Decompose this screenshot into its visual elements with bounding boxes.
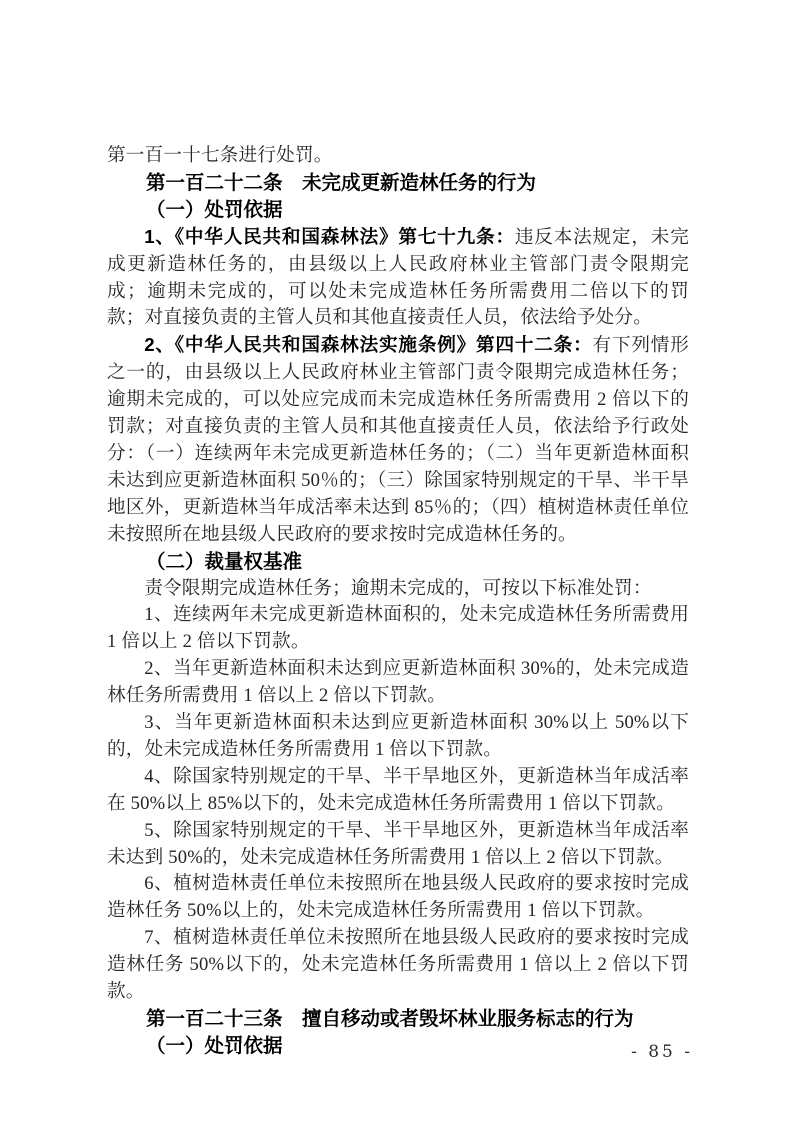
law-basis-2-citation: 2、《中华人民共和国森林法实施条例》第四十二条： (144, 334, 592, 355)
article-123-penalty-basis-heading: （一）处罚依据 (107, 1033, 689, 1060)
law-basis-2-text: 有下列情形之一的，由县级以上人民政府林业主管部门责令限期完成造林任务；逾期未完成… (107, 335, 689, 544)
article-122-law-basis-2: 2、《中华人民共和国森林法实施条例》第四十二条：有下列情形之一的，由县级以上人民… (107, 332, 689, 548)
discretion-item-5: 5、除国家特别规定的干旱、半干旱地区外，更新造林当年成活率未达到 50%的，处未… (107, 818, 689, 872)
page-number: - 85 - (631, 1042, 693, 1062)
discretion-item-4: 4、除国家特别规定的干旱、半干旱地区外，更新造林当年成活率在 50%以上 85%… (107, 764, 689, 818)
discretion-item-1: 1、连续两年未完成更新造林面积的，处未完成造林任务所需费用 1 倍以上 2 倍以… (107, 602, 689, 656)
article-122-penalty-basis-heading: （一）处罚依据 (107, 197, 689, 224)
discretion-item-3: 3、当年更新造林面积未达到应更新造林面积 30%以上 50%以下的，处未完成造林… (107, 710, 689, 764)
article-123-heading: 第一百二十三条 擅自移动或者毁坏林业服务标志的行为 (107, 1006, 689, 1033)
document-content: 第一百一十七条进行处罚。 第一百二十二条 未完成更新造林任务的行为 （一）处罚依… (107, 143, 689, 1060)
article-122-discretion-intro: 责令限期完成造林任务；逾期未完成的，可按以下标准处罚： (107, 576, 689, 603)
intro-continuation-paragraph: 第一百一十七条进行处罚。 (107, 143, 689, 170)
discretion-item-6: 6、植树造林责任单位未按照所在地县级人民政府的要求按时完成造林任务 50%以上的… (107, 871, 689, 925)
article-122-discretion-heading: （二）裁量权基准 (107, 549, 689, 576)
article-122-law-basis-1: 1、《中华人民共和国森林法》第七十九条：违反本法规定，未完成更新造林任务的，由县… (107, 224, 689, 333)
document-page: 第一百一十七条进行处罚。 第一百二十二条 未完成更新造林任务的行为 （一）处罚依… (0, 0, 793, 1122)
law-basis-1-citation: 1、《中华人民共和国森林法》第七十九条： (144, 226, 515, 247)
discretion-item-7: 7、植树造林责任单位未按照所在地县级人民政府的要求按时完成造林任务 50%以下的… (107, 925, 689, 1006)
discretion-item-2: 2、当年更新造林面积未达到应更新造林面积 30%的，处未完成造林任务所需费用 1… (107, 656, 689, 710)
article-122-heading: 第一百二十二条 未完成更新造林任务的行为 (107, 170, 689, 197)
